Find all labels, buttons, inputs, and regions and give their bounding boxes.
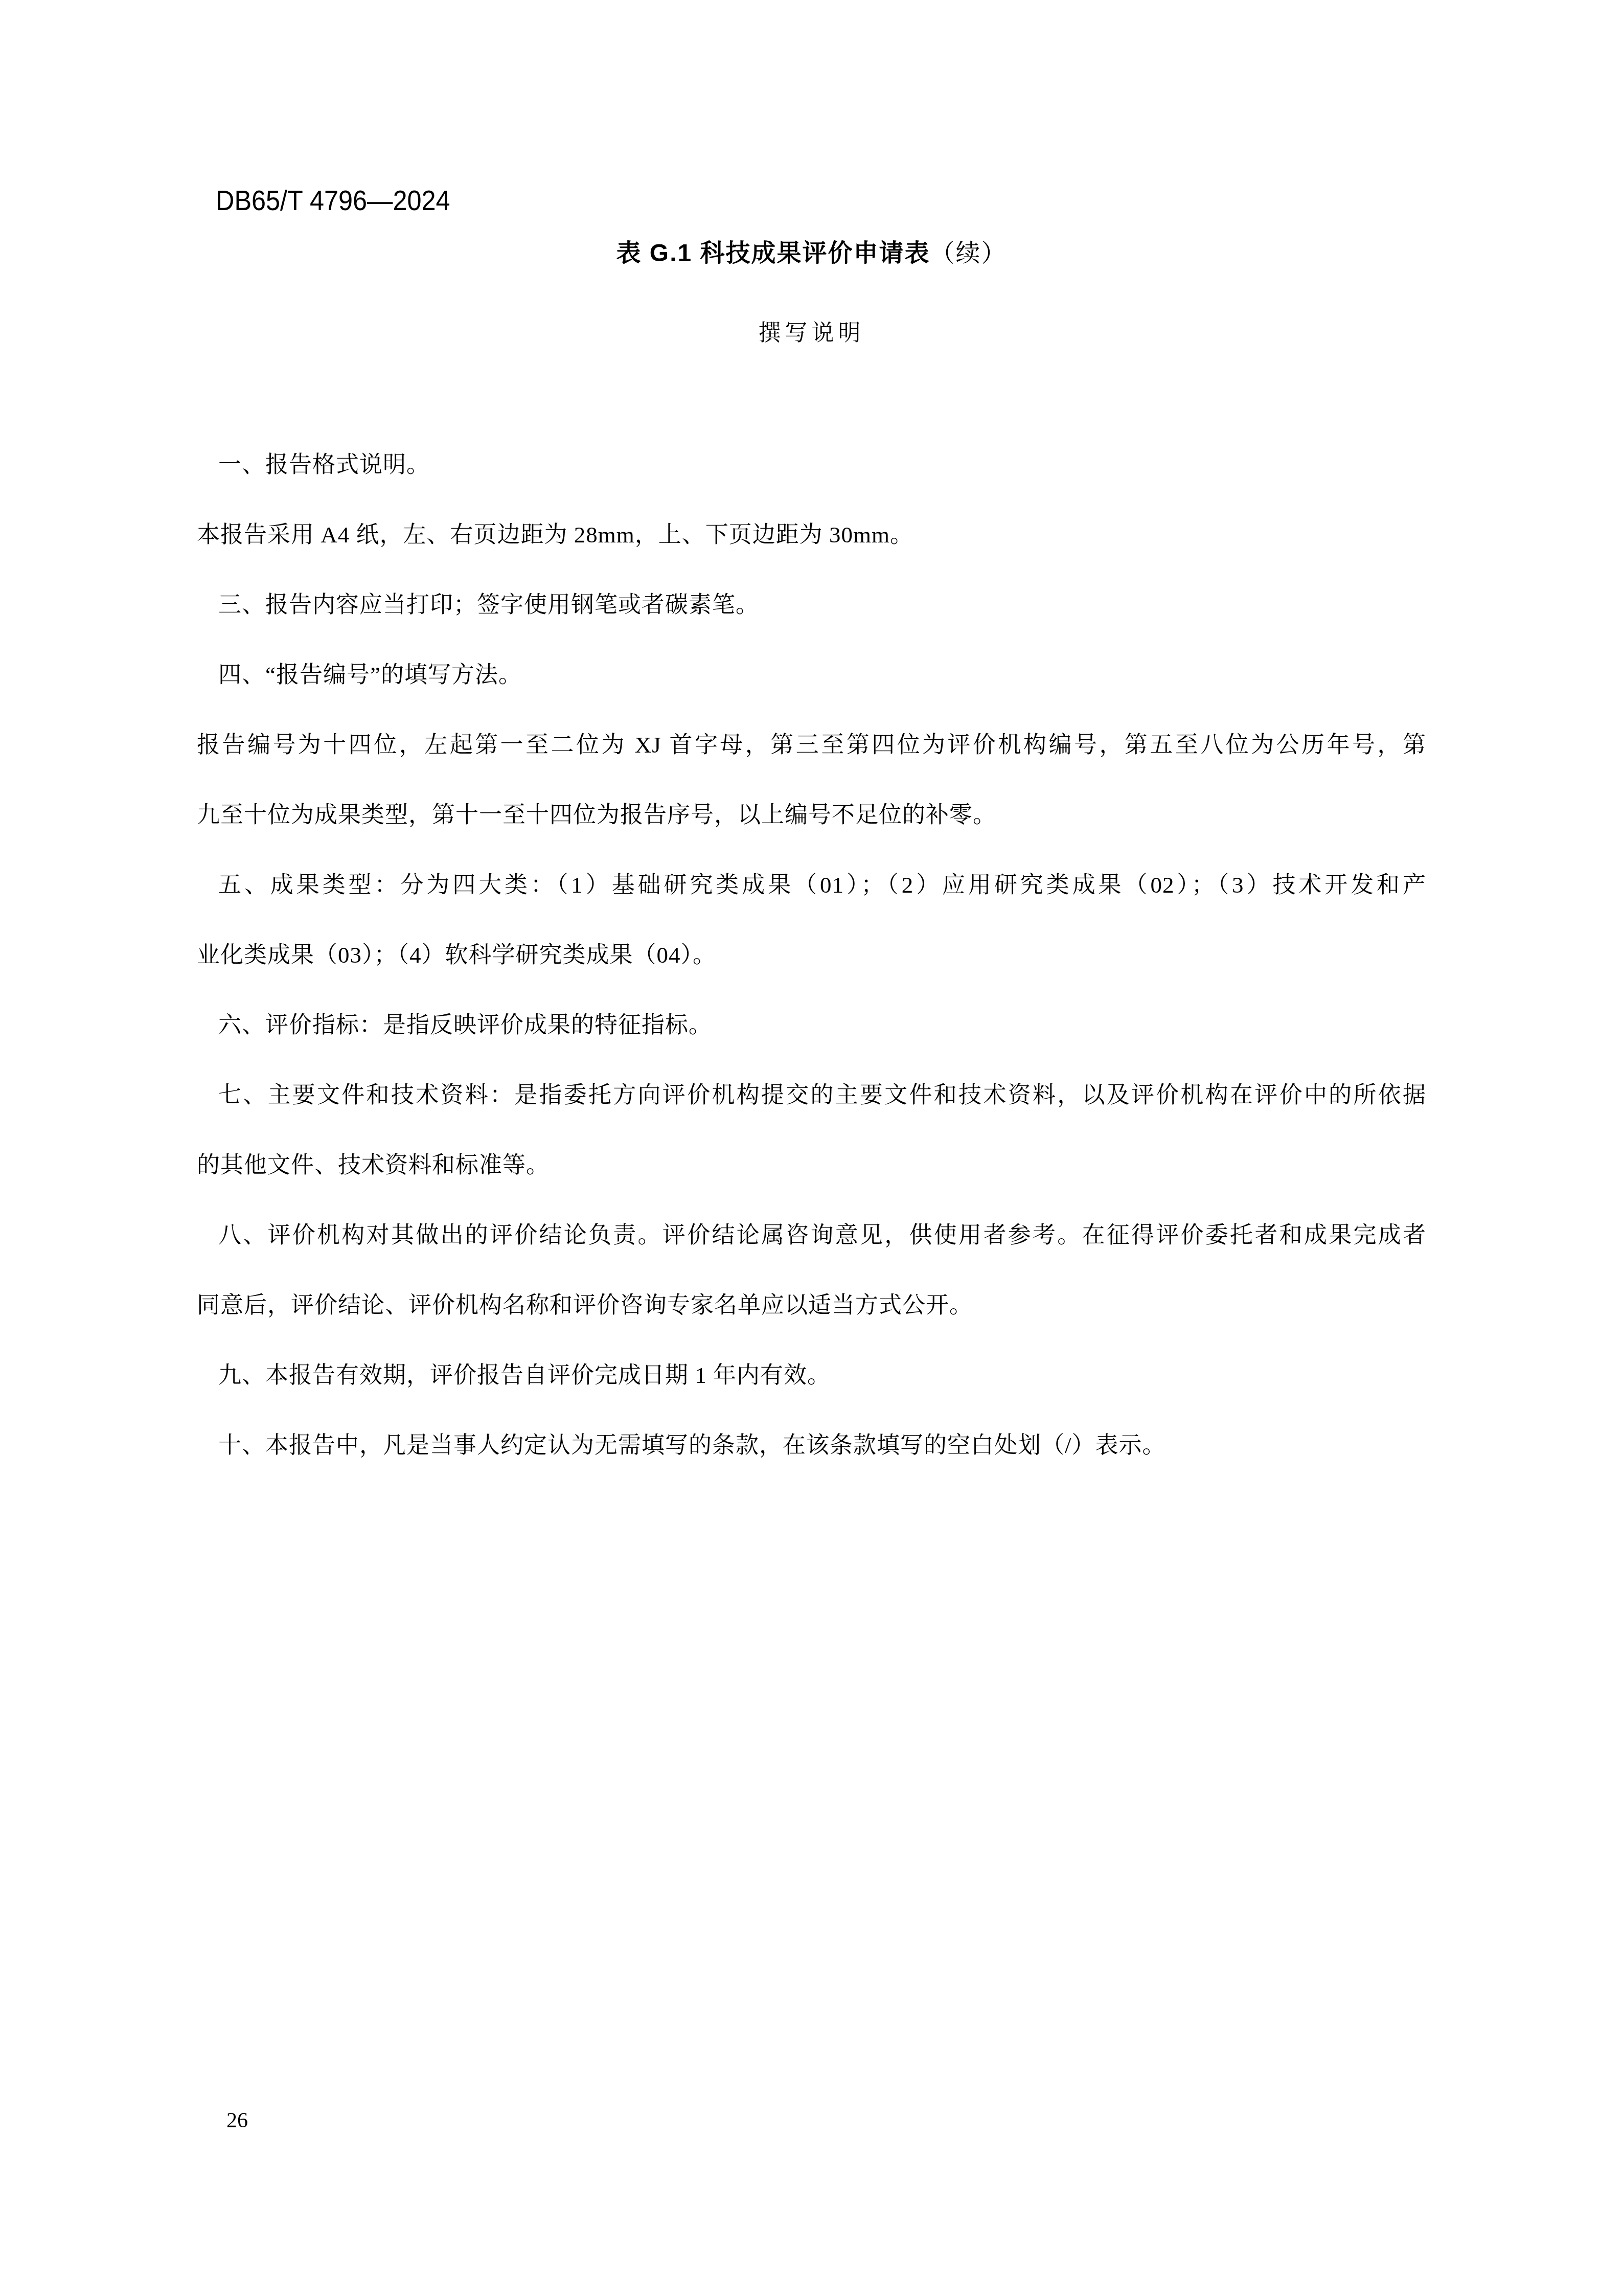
body-line: 同意后，评价结论、评价机构名称和评价咨询专家名单应以适当方式公开。 — [197, 1270, 1426, 1340]
page-number: 26 — [226, 2100, 248, 2141]
table-title-main: 表 G.1 科技成果评价申请表 — [616, 240, 930, 267]
body-line: 七、主要文件和技术资料：是指委托方向评价机构提交的主要文件和技术资料，以及评价机… — [197, 1060, 1426, 1130]
body-line: 业化类成果（03）；（4）软科学研究类成果（04）。 — [197, 920, 1426, 990]
instructions-body: 一、报告格式说明。 本报告采用 A4 纸，左、右页边距为 28mm，上、下页边距… — [197, 430, 1426, 1481]
body-line: 八、评价机构对其做出的评价结论负责。评价结论属咨询意见，供使用者参考。在征得评价… — [197, 1200, 1426, 1270]
table-title: 表 G.1 科技成果评价申请表（续） — [0, 238, 1623, 269]
body-line: 的其他文件、技术资料和标准等。 — [197, 1130, 1426, 1200]
body-line: 十、本报告中，凡是当事人约定认为无需填写的条款，在该条款填写的空白处划（/）表示… — [197, 1411, 1426, 1481]
body-line: 一、报告格式说明。 — [197, 430, 1426, 500]
body-line: 五、成果类型：分为四大类：（1）基础研究类成果（01）；（2）应用研究类成果（0… — [197, 850, 1426, 920]
body-line: 本报告采用 A4 纸，左、右页边距为 28mm，上、下页边距为 30mm。 — [197, 500, 1426, 570]
body-line: 报告编号为十四位，左起第一至二位为 XJ 首字母，第三至第四位为评价机构编号，第… — [197, 710, 1426, 780]
document-page: DB65/T 4796—2024 表 G.1 科技成果评价申请表（续） 撰写说明… — [0, 0, 1623, 2296]
body-line: 九至十位为成果类型，第十一至十四位为报告序号，以上编号不足位的补零。 — [197, 780, 1426, 850]
section-subtitle: 撰写说明 — [0, 318, 1623, 349]
body-line: 九、本报告有效期，评价报告自评价完成日期 1 年内有效。 — [197, 1340, 1426, 1411]
body-line: 三、报告内容应当打印；签字使用钢笔或者碳素笔。 — [197, 570, 1426, 640]
body-line: 六、评价指标：是指反映评价成果的特征指标。 — [197, 990, 1426, 1060]
table-title-continued: （续） — [930, 240, 1007, 267]
body-line: 四、“报告编号”的填写方法。 — [197, 640, 1426, 710]
standard-number: DB65/T 4796—2024 — [216, 185, 450, 216]
